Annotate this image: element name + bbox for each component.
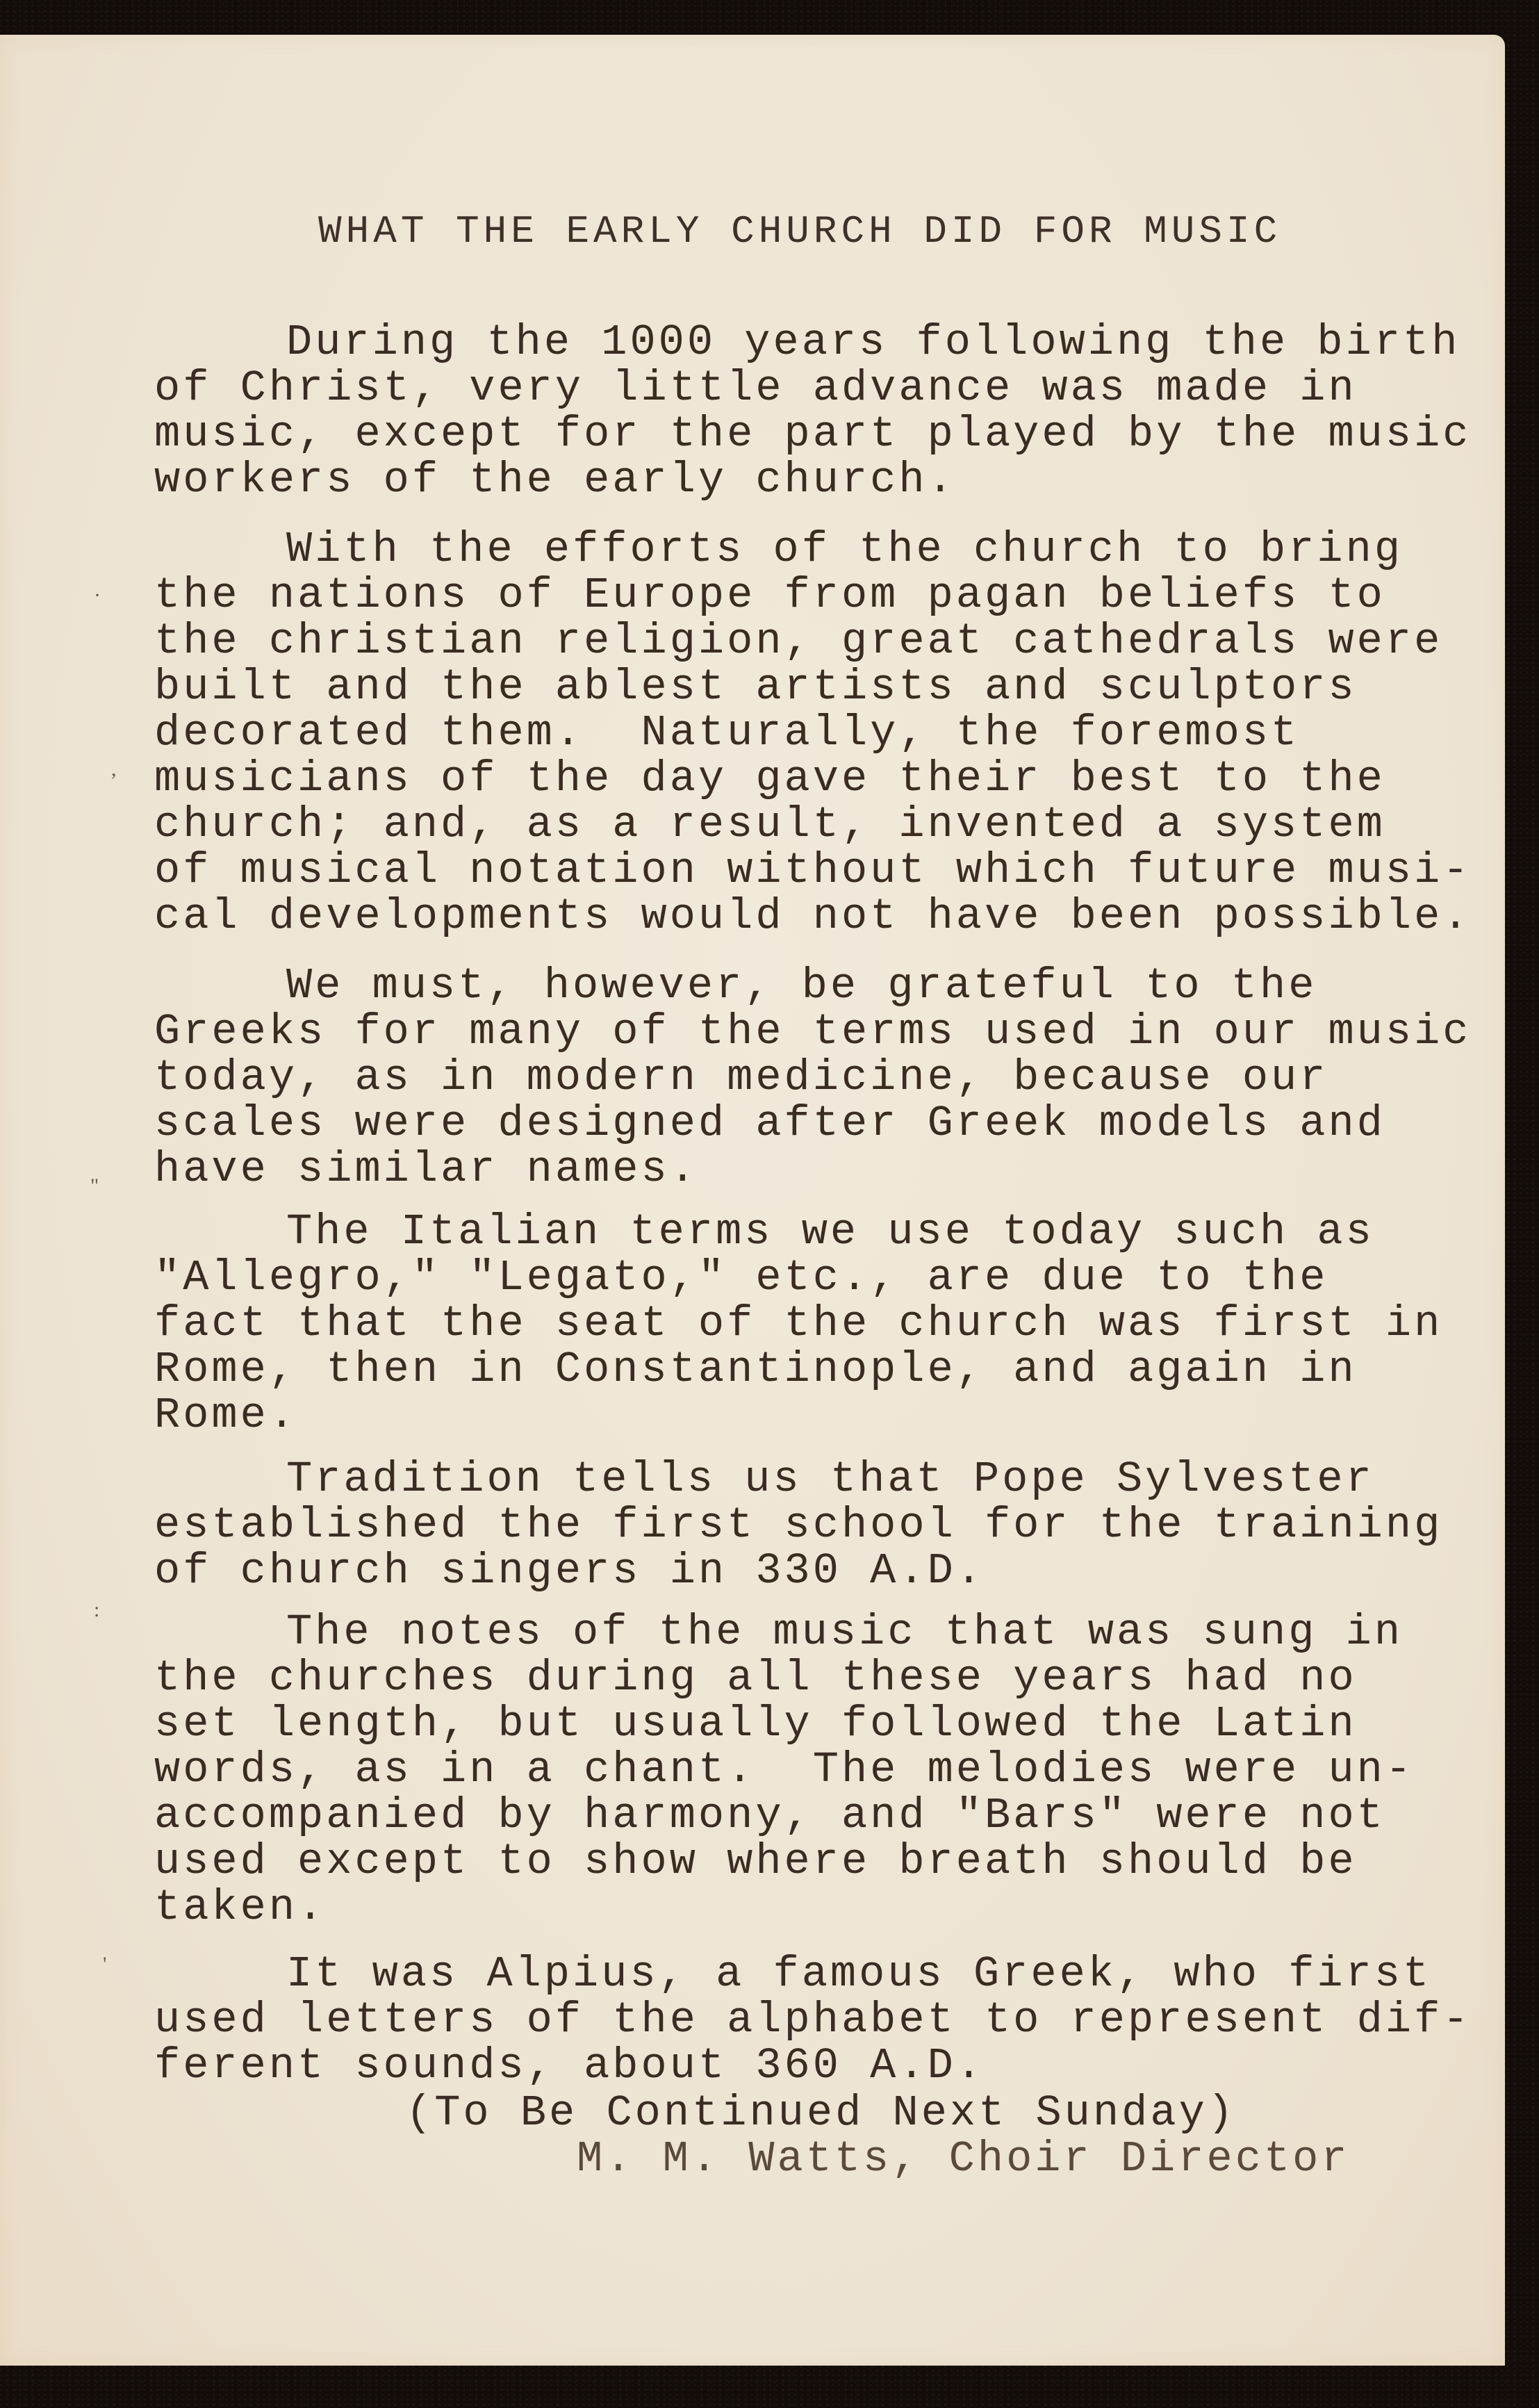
margin-mark: : (94, 1598, 99, 1622)
text-line: cal developments would not have been pos… (154, 894, 1471, 940)
text-line: of church singers in 330 A.D. (154, 1548, 985, 1594)
document-title: WHAT THE EARLY CHURCH DID FOR MUSIC (318, 208, 1281, 254)
text-line: scales were designed after Greek models … (154, 1101, 1385, 1147)
text-line: taken. (154, 1885, 326, 1931)
text-line: Greeks for many of the terms used in our… (154, 1009, 1471, 1055)
text-line: accompanied by harmony, and "Bars" were … (154, 1793, 1385, 1839)
text-line: musicians of the day gave their best to … (154, 756, 1385, 802)
text-line: "Allegro," "Legato," etc., are due to th… (154, 1255, 1328, 1301)
text-line: of Christ, very little advance was made … (154, 366, 1357, 411)
text-line: of musical notation without which future… (154, 848, 1471, 894)
text-line: church; and, as a result, invented a sys… (154, 802, 1385, 848)
text-line: today, as in modern medicine, because ou… (154, 1055, 1328, 1101)
text-line: Tradition tells us that Pope Sylvester (286, 1457, 1374, 1502)
continued-note: (To Be Continued Next Sunday) (406, 2090, 1236, 2136)
margin-mark: " (90, 1174, 99, 1198)
text-line: workers of the early church. (154, 457, 956, 503)
text-line: Rome, then in Constantinople, and again … (154, 1347, 1357, 1393)
text-line: decorated them. Naturally, the foremost (154, 710, 1299, 756)
text-line: ferent sounds, about 360 A.D. (154, 2043, 985, 2089)
text-line: Rome. (154, 1393, 297, 1439)
text-line: used letters of the alphabet to represen… (154, 1997, 1471, 2043)
typed-page: WHAT THE EARLY CHURCH DID FOR MUSIC Duri… (0, 35, 1505, 2366)
text-line: the christian religion, great cathedrals… (154, 619, 1442, 664)
text-line: set length, but usually followed the Lat… (154, 1701, 1357, 1747)
margin-mark: , (111, 757, 117, 781)
text-line: fact that the seat of the church was fir… (154, 1301, 1442, 1347)
text-line: the churches during all these years had … (154, 1655, 1357, 1701)
text-line: words, as in a chant. The melodies were … (154, 1747, 1414, 1793)
signature: M. M. Watts, Choir Director (577, 2136, 1350, 2182)
text-line: used except to show where breath should … (154, 1839, 1357, 1885)
text-line: music, except for the part played by the… (154, 411, 1471, 457)
text-line: the nations of Europe from pagan beliefs… (154, 573, 1385, 619)
text-line: The notes of the music that was sung in (286, 1610, 1403, 1655)
text-line: established the first school for the tra… (154, 1502, 1442, 1548)
text-line: It was Alpius, a famous Greek, who first (286, 1951, 1431, 1997)
text-line: have similar names. (154, 1147, 698, 1193)
text-line: During the 1000 years following the birt… (286, 320, 1460, 366)
margin-mark: · (94, 584, 101, 607)
margin-mark: ' (103, 1953, 106, 1976)
text-line: With the efforts of the church to bring (286, 527, 1403, 573)
text-line: The Italian terms we use today such as (286, 1209, 1374, 1255)
text-line: built and the ablest artists and sculpto… (154, 664, 1357, 710)
text-line: We must, however, be grateful to the (286, 963, 1317, 1009)
